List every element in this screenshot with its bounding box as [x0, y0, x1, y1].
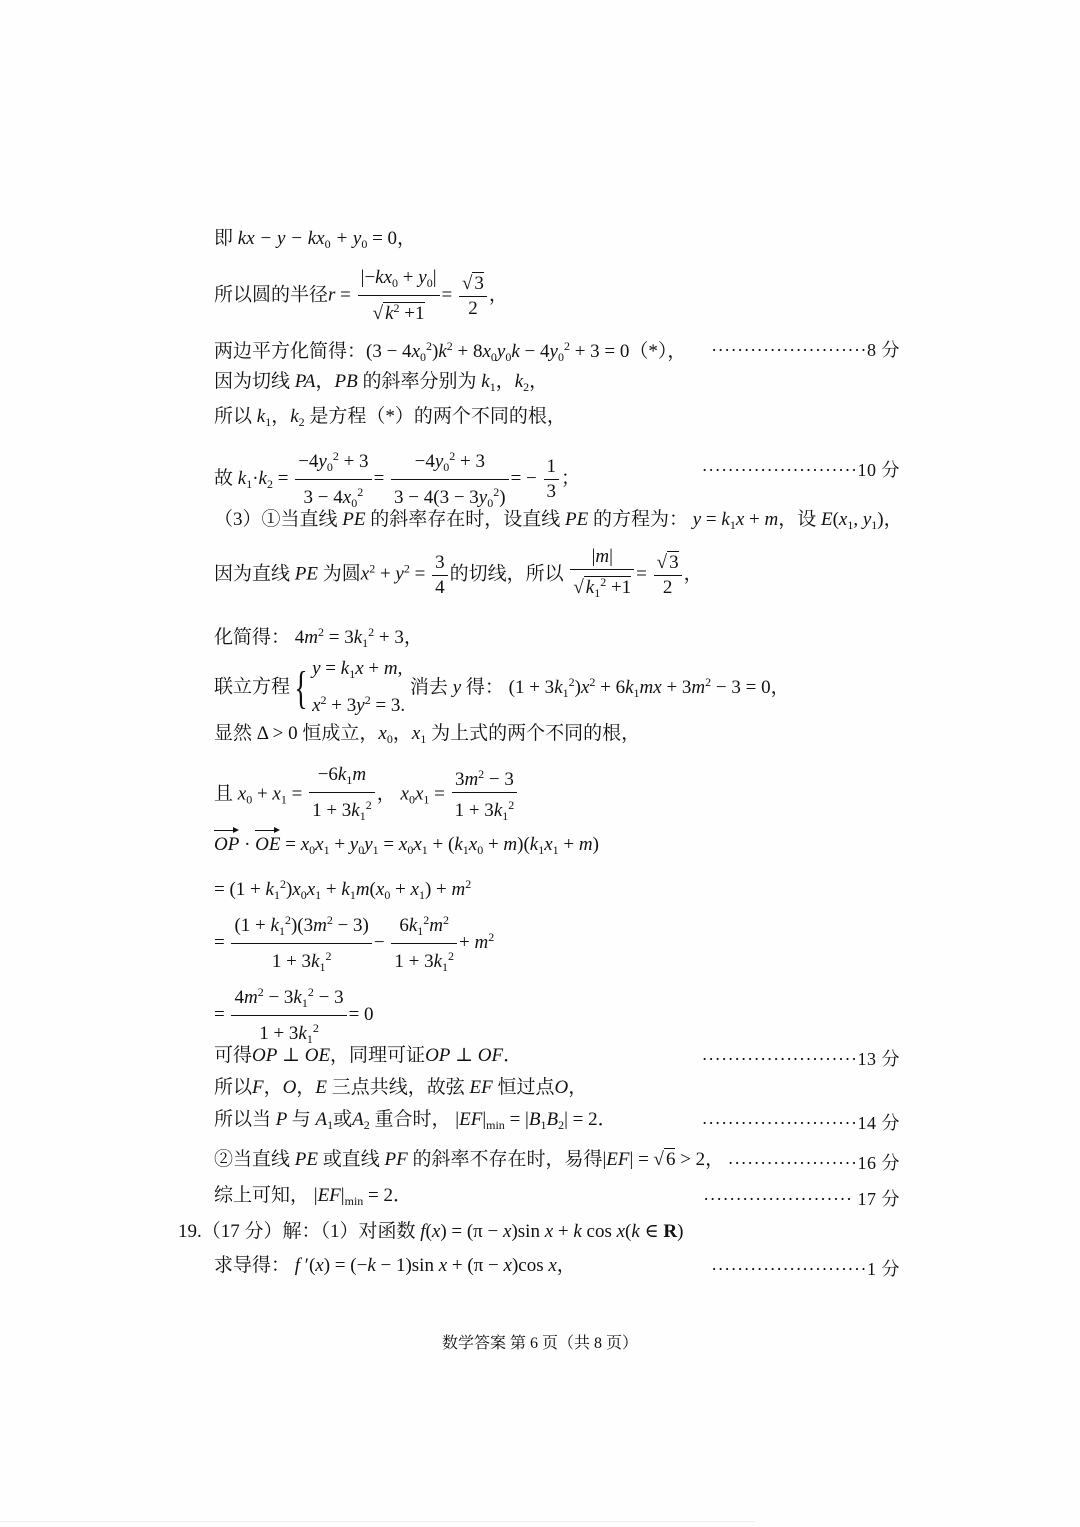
line-radius: 所以圆的半径r = |−kx0 + y0|√k2 +1= √32，: [214, 266, 508, 326]
line-equation-tangent: 即 kx − y − kx0 + y0 = 0，: [214, 227, 416, 256]
line-square-simplify: 两边平方化简得：(3 − 4x02)k2 + 8x0y0k − 4y02 + 3…: [214, 334, 686, 369]
line-discriminant: 显然 Δ > 0 恒成立，x0，x1 为上式的两个不同的根，: [214, 722, 640, 751]
line-dot-product: OP · OE = x0x1 + y0y1 = x0x1 + (k1x0 + m…: [214, 833, 599, 862]
line-simplified: 化简得： 4m2 = 3k12 + 3，: [214, 620, 423, 655]
line-product-slopes: 故 k1·k2 = −4y02 + 33 − 4x02= −4y02 + 33 …: [214, 444, 580, 515]
line-case2: ②当直线 PE 或直线 PF 的斜率不存在时，易得|EF| = √6 > 2，: [214, 1148, 724, 1172]
line-derivative: 求导得： f ′(x) = (−k − 1)sin x + (π − x)cos…: [214, 1254, 576, 1278]
line-q19-header: 19.（17 分）解：（1）对函数 f(x) = (π − x)sin x + …: [178, 1220, 683, 1244]
line-zero: = 4m2 − 3k12 − 31 + 3k12= 0: [214, 980, 374, 1051]
line-collinear: 所以F，O，E 三点共线，故弦 EF 恒过点O，: [214, 1076, 587, 1100]
line-min-EF: 所以当 P 与 A1或A2 重合时， |EF|min = |B1B2| = 2．: [214, 1108, 617, 1137]
score-16: ····················16 分: [728, 1149, 900, 1175]
line-roots: 所以 k1，k2 是方程（*）的两个不同的根，: [214, 405, 566, 434]
score-10: ························10 分: [702, 456, 900, 482]
score-14: ························14 分: [702, 1109, 900, 1135]
score-1: ························1 分: [711, 1255, 900, 1281]
line-tangent-slopes: 因为切线 PA，PB 的斜率分别为 k1，k2，: [214, 370, 548, 399]
line-part3-setup: （3）①当直线 PE 的斜率存在时，设直线 PE 的方程为： y = k1x +…: [214, 508, 903, 537]
line-vieta: 且 x0 + x1 = −6k1m1 + 3k12， x0x1 = 3m2 − …: [214, 762, 519, 828]
page-footer: 数学答案 第 6 页（共 8 页）: [0, 1330, 1080, 1353]
answer-page: 即 kx − y − kx0 + y0 = 0， 所以圆的半径r = |−kx0…: [0, 0, 1080, 1527]
score-8: ························8 分: [711, 336, 900, 362]
text: 即: [214, 228, 233, 249]
text: 两边平方化简得：: [214, 341, 366, 362]
line-system: 联立方程{y = k1x + m,x2 + 3y2 = 3. 消去 y 得： (…: [214, 656, 790, 719]
text: 所以圆的半径: [214, 284, 328, 305]
line-summary: 综上可知， |EF|min = 2．: [214, 1184, 412, 1213]
score-13: ························13 分: [702, 1045, 900, 1071]
score-17: ······················· 17 分: [703, 1185, 900, 1211]
line-substitute: = (1 + k12)(3m2 − 3)1 + 3k12− 6k12m21 + …: [214, 908, 494, 979]
line-tangent-condition: 因为直线 PE 为圆x2 + y2 = 34的切线，所以 |m|√k12 +1=…: [214, 545, 703, 605]
line-perpendicular: 可得OP ⊥ OE，同理可证OP ⊥ OF．: [214, 1044, 522, 1068]
line-expand: = (1 + k12)x0x1 + k1m(x0 + x1) + m2: [214, 872, 471, 907]
bottom-divider: [0, 1521, 755, 1522]
